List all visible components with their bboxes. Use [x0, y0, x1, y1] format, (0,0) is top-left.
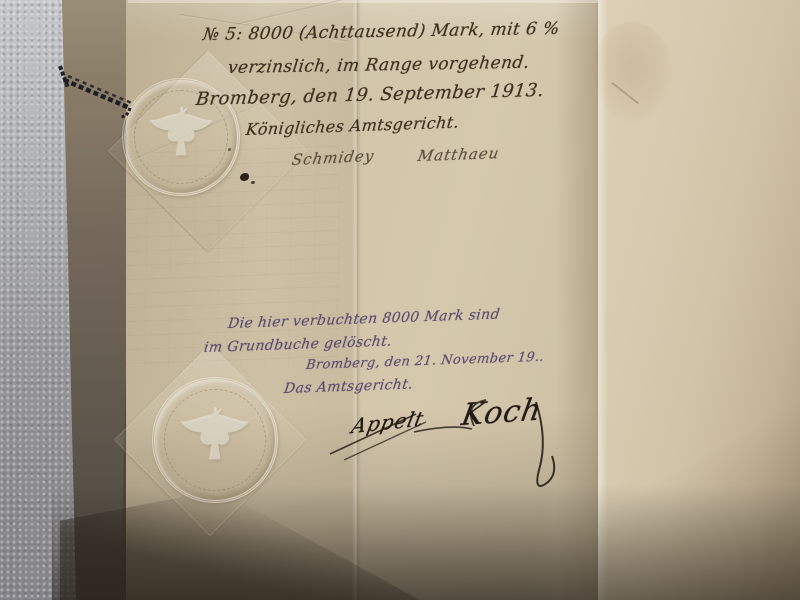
- eagle-emblem-icon: [143, 99, 219, 175]
- lower-embossed-seal: [152, 377, 278, 503]
- photo-of-document: № 5: 8000 (Achttausend) Mark, mit 6 % ve…: [0, 0, 800, 600]
- paper-top-edge: [128, 0, 598, 3]
- signature-flourishes: [318, 392, 578, 522]
- eagle-emblem-icon: [174, 399, 256, 481]
- black-binding-cord: [46, 58, 142, 122]
- notice-signature-2: Matthaeu: [416, 144, 501, 165]
- paper-stain: [592, 22, 672, 122]
